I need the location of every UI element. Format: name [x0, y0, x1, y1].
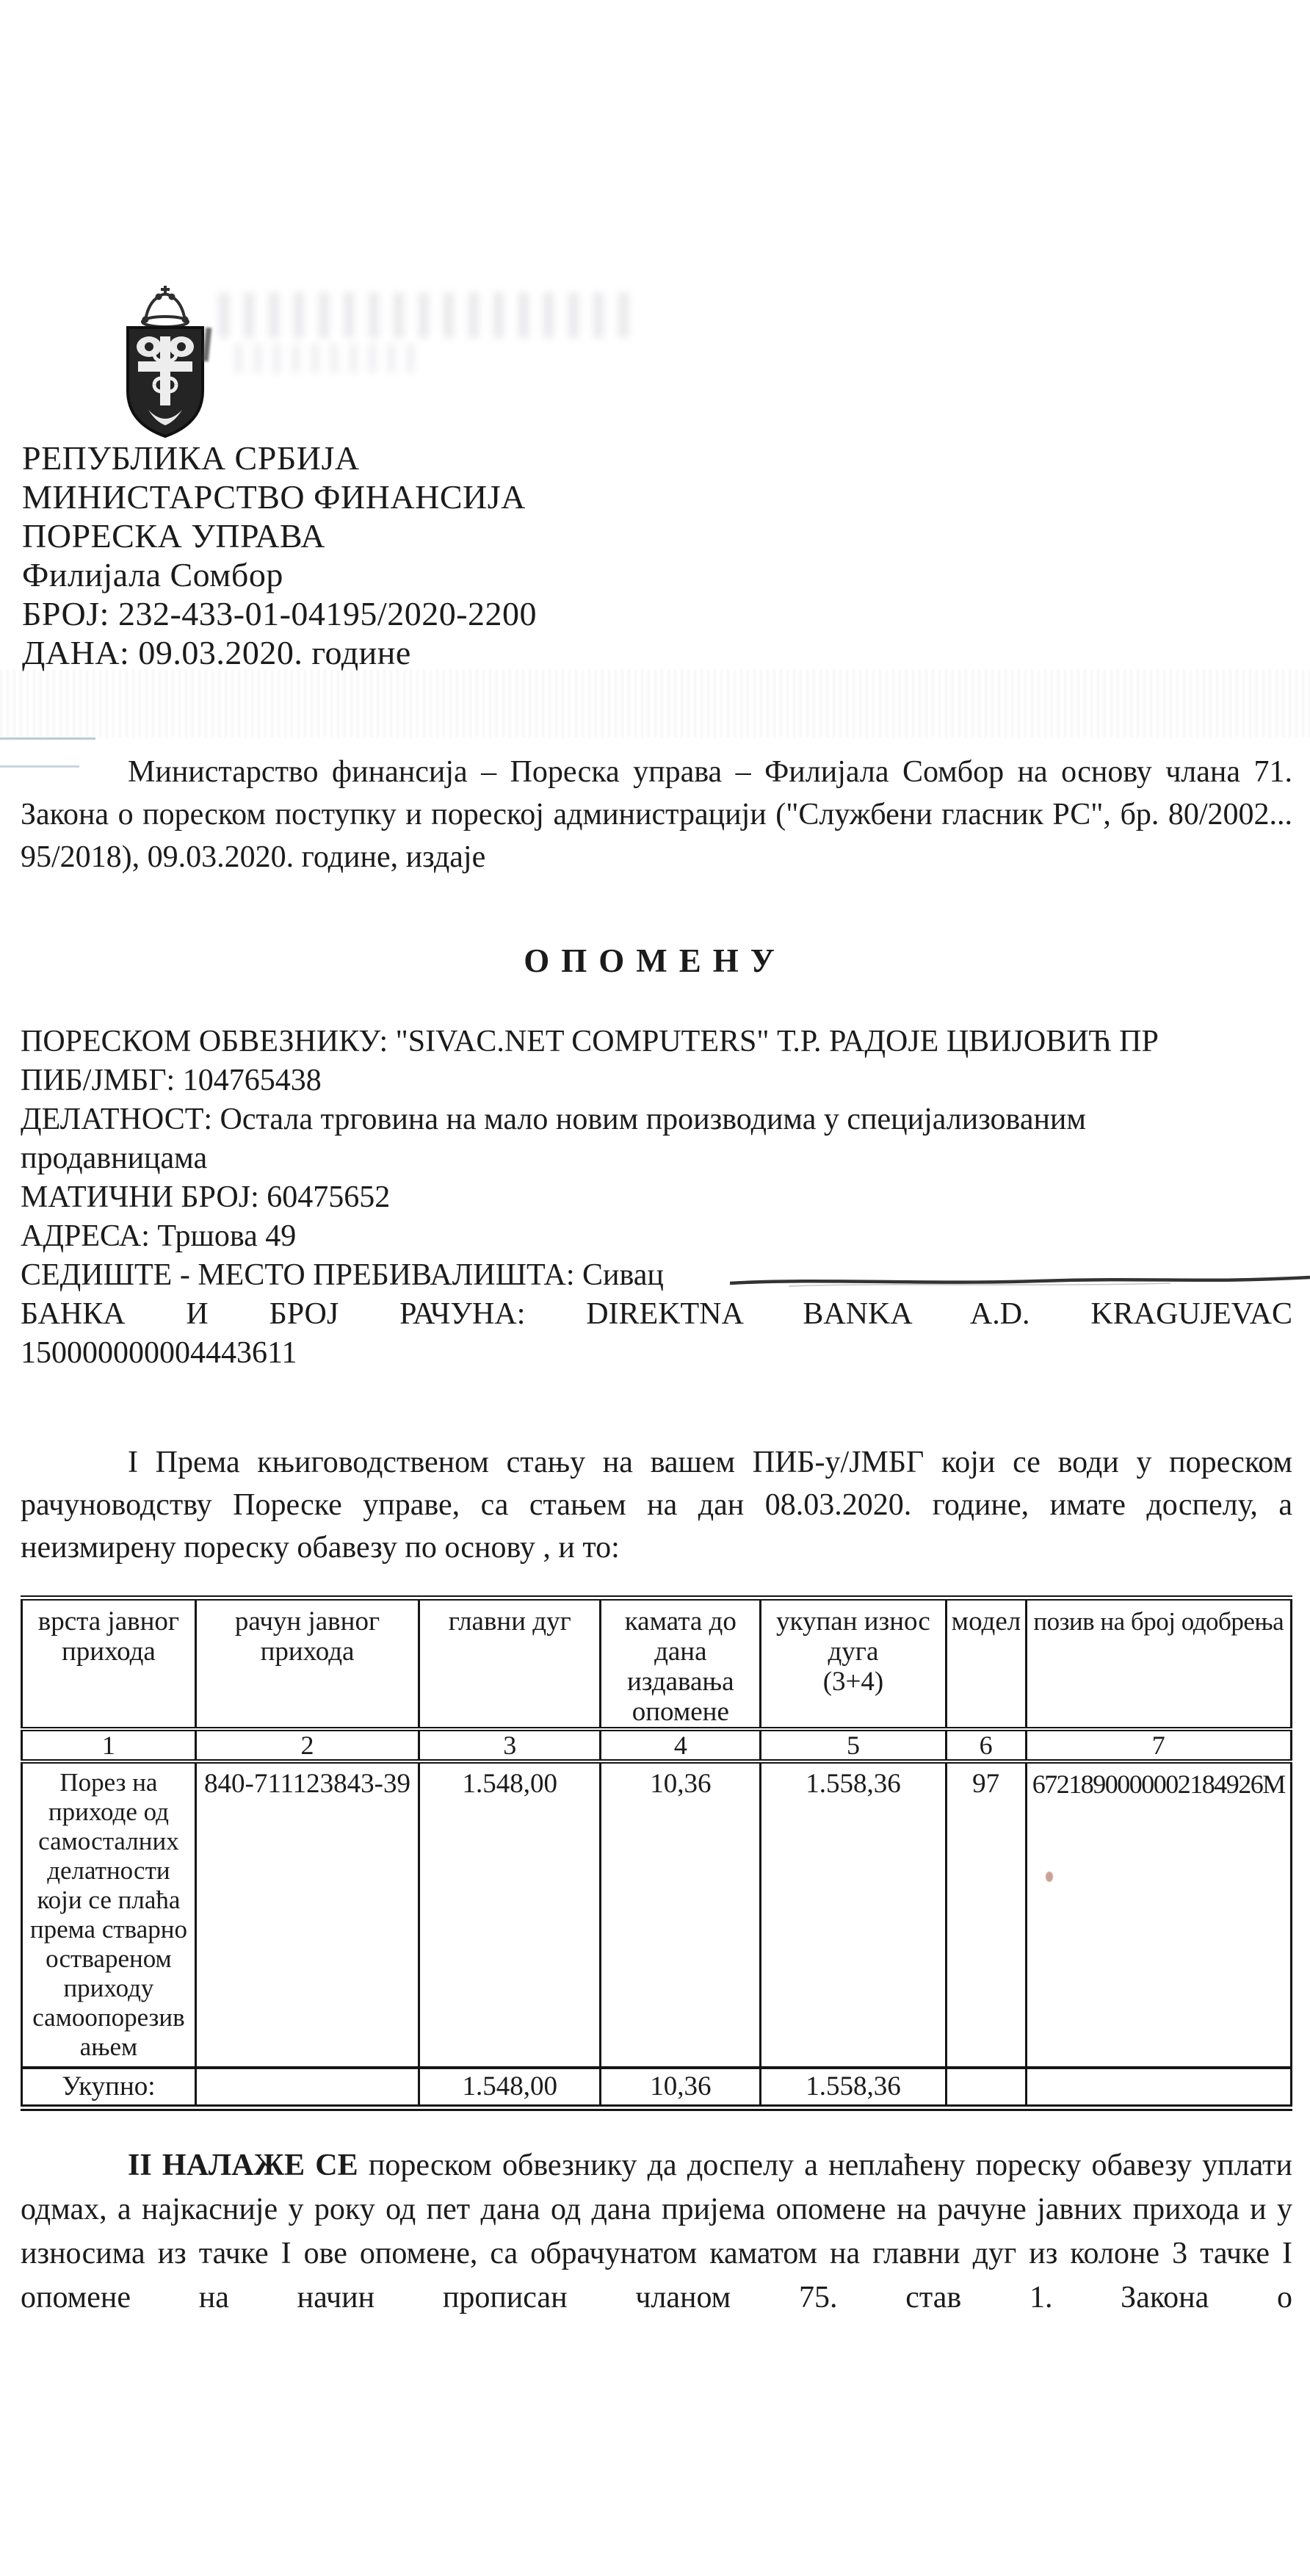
column-number-4: 4 — [601, 1729, 761, 1761]
tp-line-1: ПИБ/ЈМБГ: 104765438 — [21, 1061, 1292, 1100]
scan-streak-line — [730, 1275, 1310, 1288]
lh-line-3: Филијала Сомбор — [22, 555, 537, 594]
column-number-7: 7 — [1026, 1729, 1291, 1761]
column-header-4: камата доданаиздавањаопомене — [601, 1598, 761, 1730]
column-number-5: 5 — [761, 1729, 946, 1761]
intro-paragraph: Министарство финансија – Пореска управа … — [21, 751, 1292, 878]
totals-cell-1: Укупно: — [22, 2068, 196, 2108]
table-data-row: Порез на приходе од самосталних делатнос… — [22, 1761, 1292, 2068]
scan-noise-band — [0, 670, 1310, 737]
debt-table: врста јавногприходарачун јавногприходагл… — [21, 1595, 1292, 2111]
lh-line-0: РЕПУБЛИКА СРБИЈА — [22, 439, 537, 477]
section2-paragraph: II НАЛАЖЕ СЕ пореском обвезнику да доспе… — [21, 2143, 1292, 2320]
table-totals-row: Укупно:1.548,0010,361.558,36 — [22, 2068, 1292, 2108]
column-header-6: модел — [946, 1598, 1026, 1730]
letterhead: РЕПУБЛИКА СРБИЈАМИНИСТАРСТВО ФИНАНСИЈАПО… — [22, 439, 537, 672]
document-title: ОПОМЕНУ — [0, 942, 1310, 980]
data-cell-6: 97 — [946, 1761, 1026, 2068]
column-header-7: позив на број одобрења — [1026, 1598, 1291, 1730]
column-number-6: 6 — [946, 1729, 1026, 1761]
column-header-3: главни дуг — [419, 1598, 601, 1730]
totals-cell-2 — [195, 2068, 419, 2108]
table-column-number-row: 1234567 — [22, 1729, 1292, 1761]
crown-icon — [142, 286, 188, 327]
data-cell-5: 1.558,36 — [761, 1761, 946, 2068]
lh-line-4: БРОЈ: 232-433-01-04195/2020-2200 — [22, 594, 537, 633]
scan-ghost-smudge — [219, 292, 630, 338]
tp-line-0: ПОРЕСКОМ ОБВЕЗНИКУ: "SIVAC.NET COMPUTERS… — [21, 1022, 1292, 1061]
section2-bold-prefix: II НАЛАЖЕ СЕ — [128, 2149, 358, 2182]
scan-scratch-line — [0, 737, 95, 740]
data-cell-7: 6721890000002184926M — [1026, 1761, 1291, 2068]
totals-cell-4: 10,36 — [601, 2068, 761, 2108]
column-header-5: укупан износдуга(3+4) — [761, 1598, 946, 1730]
tp-line-7: БАНКА И БРОЈ РАЧУНА: DIREKTNA BANKA A.D.… — [21, 1295, 1292, 1334]
totals-cell-5: 1.558,36 — [761, 2068, 946, 2108]
data-cell-1: Порез на приходе од самосталних делатнос… — [22, 1761, 196, 2068]
tp-line-3: продавницама — [21, 1139, 1292, 1178]
table-header-row: врста јавногприходарачун јавногприходагл… — [22, 1598, 1292, 1730]
totals-cell-3: 1.548,00 — [419, 2068, 601, 2108]
data-cell-3: 1.548,00 — [419, 1761, 601, 2068]
lh-line-5: ДАНА: 09.03.2020. године — [22, 633, 537, 672]
column-header-2: рачун јавногприхода — [195, 1598, 419, 1730]
taxpayer-info-block: ПОРЕСКОМ ОБВЕЗНИКУ: "SIVAC.NET COMPUTERS… — [21, 1022, 1292, 1373]
serbia-coat-of-arms-icon — [116, 284, 214, 441]
lh-line-1: МИНИСТАРСТВО ФИНАНСИЈА — [22, 477, 537, 516]
totals-cell-6 — [946, 2068, 1026, 2108]
tp-line-4: МАТИЧНИ БРОЈ: 60475652 — [21, 1178, 1292, 1217]
tp-line-2: ДЕЛАТНОСТ: Остала трговина на мало новим… — [21, 1100, 1292, 1139]
lh-line-2: ПОРЕСКА УПРАВА — [22, 516, 537, 555]
section1-paragraph: I Према књиговодственом стању на вашем П… — [21, 1441, 1292, 1569]
data-cell-2: 840-711123843-39 — [195, 1761, 419, 2068]
data-cell-4: 10,36 — [601, 1761, 761, 2068]
totals-cell-7 — [1026, 2068, 1291, 2108]
column-number-3: 3 — [419, 1729, 601, 1761]
tp-line-5: АДРЕСА: Тршова 49 — [21, 1217, 1292, 1256]
tp-line-8: 150000000004443611 — [21, 1334, 1292, 1373]
column-number-1: 1 — [22, 1729, 196, 1761]
scanned-document-page: РЕПУБЛИКА СРБИЈАМИНИСТАРСТВО ФИНАНСИЈАПО… — [0, 0, 1310, 2576]
debt-table-grid: врста јавногприходарачун јавногприходагл… — [21, 1595, 1292, 2111]
column-number-2: 2 — [195, 1729, 419, 1761]
scan-ghost-smudge-2 — [235, 344, 426, 373]
column-header-1: врста јавногприхода — [22, 1598, 196, 1730]
